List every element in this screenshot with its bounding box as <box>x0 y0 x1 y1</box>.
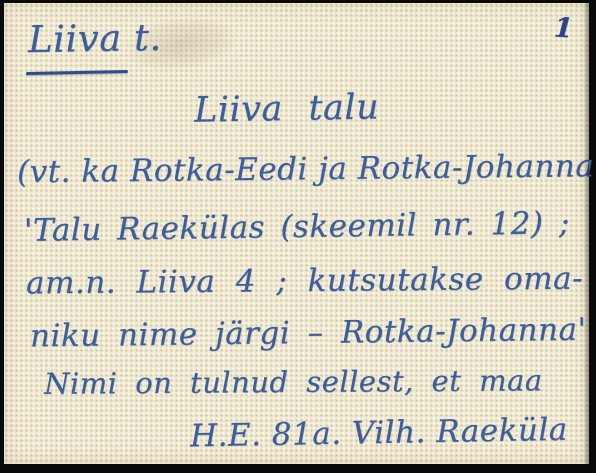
body-line: am.n. Liiva 4 ; kutsutakse oma- <box>26 261 583 302</box>
scanned-card: Liiva t. 1 Liiva talu (vt. ka Rotka-Eedi… <box>0 0 596 473</box>
heading-underline <box>26 70 128 75</box>
body-line: niku nime järgi – Rotka-Johanna' <box>30 312 587 355</box>
card-title: Liiva talu <box>194 87 380 130</box>
body-line: (vt. ka Rotka-Eedi ja Rotka-Johanna t.) <box>17 148 596 191</box>
card-heading: Liiva t. <box>28 16 162 61</box>
index-card-paper: Liiva t. 1 Liiva talu (vt. ka Rotka-Eedi… <box>4 3 589 464</box>
scan-edge-shadow <box>583 3 589 464</box>
signature-line: H.E. 81a. Vilh. Raeküla <box>190 412 568 455</box>
page-number: 1 <box>553 12 574 44</box>
body-line: 'Talu Raekülas (skeemil nr. 12) ; <box>24 205 570 249</box>
body-line: Nimi on tulnud sellest, et maa <box>44 363 543 400</box>
